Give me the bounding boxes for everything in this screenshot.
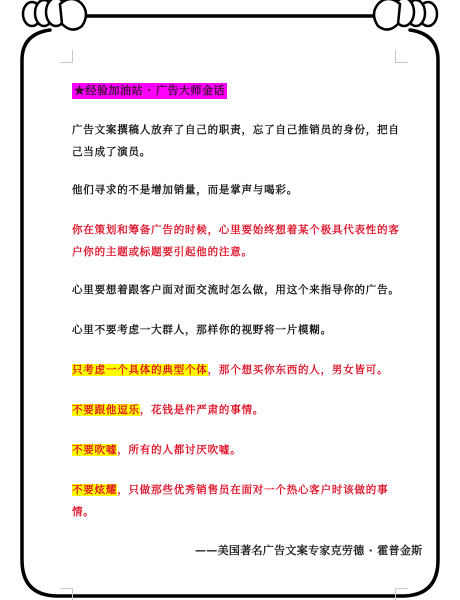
paragraph-3: 你在策划和筹备广告的时候，心里要始终想着某个极具代表性的客户你的主题或标题要引起… — [72, 219, 400, 263]
highlight-paragraph-3: 不要吹嘘，所有的人都讨厌吹嘘。 — [72, 439, 400, 461]
highlighted-phrase: 不要炫耀 — [72, 484, 117, 496]
document-title: ★经验加油站 · 广告大师金话 — [72, 83, 227, 99]
paragraph-4: 心里要想着跟客户面对面交流时怎么做，用这个来指导你的广告。 — [72, 279, 400, 301]
margin-mark-top-left — [60, 50, 73, 63]
right-hand-icon — [374, 0, 437, 30]
paragraph-rest: ，只做那些优秀销售员在面对一个热心客户时该做的事情。 — [72, 484, 388, 518]
highlighted-phrase: 只考虑一个具体的典型个体 — [72, 364, 208, 376]
margin-mark-top-right — [395, 50, 408, 63]
paragraph-2: 他们寻求的不是增加销量，而是掌声与喝彩。 — [72, 179, 400, 201]
paragraph-rest: ，花钱是件严肃的事情。 — [140, 404, 264, 416]
paragraph-5: 心里不要考虑一大群人，那样你的视野将一片模糊。 — [72, 319, 400, 341]
paragraph-rest: ，那个想买你东西的人，男女皆可。 — [208, 364, 389, 376]
paragraph-1: 广告文案撰稿人放弃了自己的职责，忘了自己推销员的身份，把自己当成了演员。 — [72, 119, 400, 163]
paragraph-rest: ，所有的人都讨厌吹嘘。 — [117, 444, 241, 456]
left-hand-icon — [23, 0, 86, 30]
attribution: ——美国著名广告文案专家克劳德 · 霍普金斯 — [195, 542, 422, 558]
highlight-paragraph-1: 只考虑一个具体的典型个体，那个想买你东西的人，男女皆可。 — [72, 359, 400, 381]
margin-mark-bottom-right — [395, 588, 408, 600]
highlighted-phrase: 不要跟他逗乐 — [72, 404, 140, 416]
highlighted-phrase: 不要吹嘘 — [72, 444, 117, 456]
margin-mark-bottom-left — [60, 588, 73, 600]
highlight-paragraph-2: 不要跟他逗乐，花钱是件严肃的事情。 — [72, 399, 400, 421]
highlight-paragraph-4: 不要炫耀，只做那些优秀销售员在面对一个热心客户时该做的事情。 — [72, 479, 400, 523]
